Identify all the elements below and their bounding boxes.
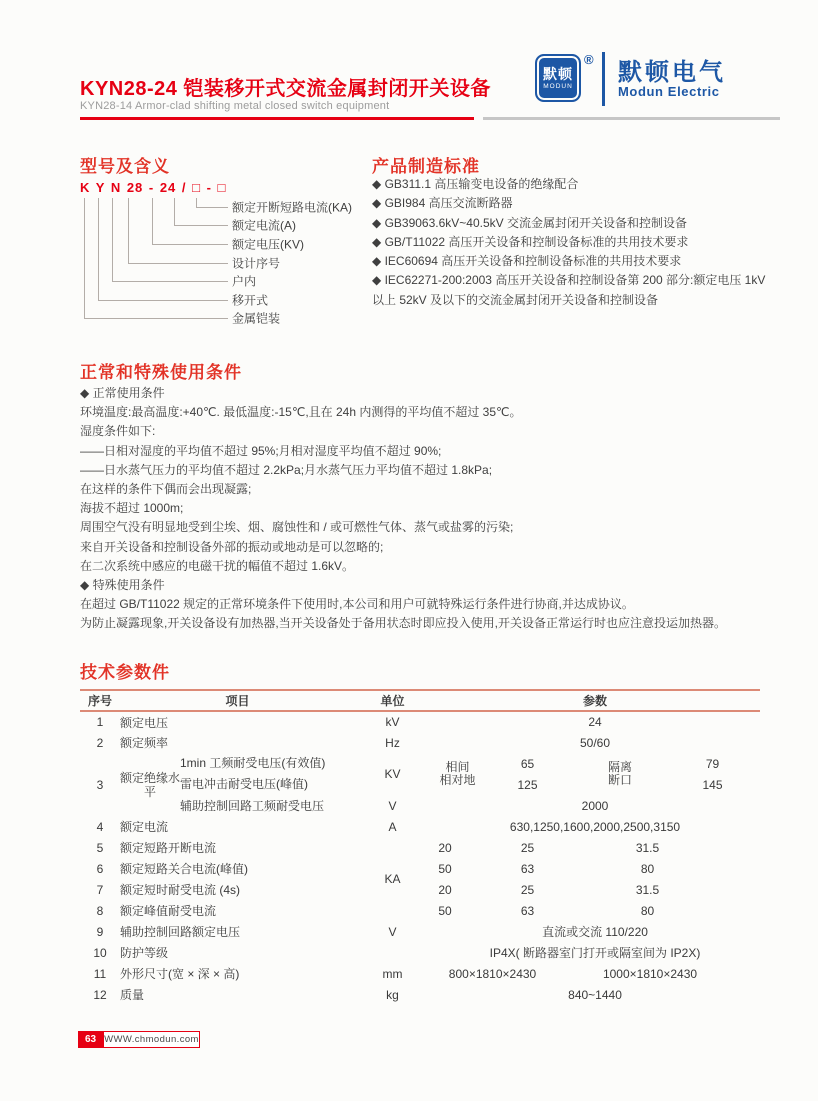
model-label: 移开式 bbox=[232, 292, 268, 309]
table-row: 1 额定电压 kV 24 bbox=[80, 711, 760, 732]
table-row: 3 额定绝缘水平 1min 工频耐受电压(有效值) 雷电冲击耐受电压(峰值) K… bbox=[80, 753, 760, 795]
row-item: 外形尺寸(宽 × 深 × 高) bbox=[120, 963, 355, 984]
row-item: 额定短路关合电流(峰值) bbox=[120, 858, 355, 879]
footer-website: WWW.chmodun.com bbox=[103, 1031, 200, 1048]
table-row: 2 额定频率 Hz 50/60 bbox=[80, 732, 760, 753]
table-row: 11 外形尺寸(宽 × 深 × 高) mm 800×1810×2430 1000… bbox=[80, 963, 760, 984]
row-param: 直流或交流 110/220 bbox=[430, 921, 760, 942]
brand-name-cn: 默顿电气 bbox=[618, 52, 726, 87]
logo-mark-en: MODUN bbox=[543, 82, 573, 91]
connector-line bbox=[112, 198, 113, 281]
conditions-line: ——日水蒸气压力的平均值不超过 2.2kPa;月水蒸气压力平均值不超过 1.8k… bbox=[80, 461, 748, 480]
row-no: 6 bbox=[80, 858, 120, 879]
row-param: 20 25 31.5 bbox=[430, 837, 760, 858]
model-section-heading: 型号及含义 bbox=[80, 152, 170, 177]
connector-line bbox=[174, 225, 228, 226]
standard-item: ◆ GB/T11022 高压开关设备和控制设备标准的共用技术要求 bbox=[372, 233, 774, 252]
table-row: 12 质量 kg 840~1440 bbox=[80, 984, 760, 1005]
row-param: 相间 相对地 65 125 隔离 断口 79 145 bbox=[430, 753, 760, 795]
row-param: 840~1440 bbox=[430, 984, 760, 1005]
footer-page-number: 63 bbox=[78, 1031, 103, 1048]
param-value: 20 bbox=[430, 841, 460, 855]
row-no: 4 bbox=[80, 816, 120, 837]
connector-line bbox=[98, 300, 228, 301]
conditions-line: 周围空气没有明显地受到尘埃、烟、腐蚀性和 / 或可燃性气体、蒸气或盐雾的污染; bbox=[80, 518, 748, 537]
connector-line bbox=[128, 198, 129, 263]
param-value: 20 bbox=[430, 883, 460, 897]
param-value: 31.5 bbox=[595, 841, 700, 855]
param-value: 79 bbox=[670, 753, 755, 774]
conditions-line: 海拔不超过 1000m; bbox=[80, 499, 748, 518]
standard-item: ◆ GB311.1 高压输变电设备的绝缘配合 bbox=[372, 175, 774, 194]
conditions-line: 在超过 GB/T11022 规定的正常环境条件下使用时,本公司和用户可就特殊运行… bbox=[80, 595, 748, 614]
row-item: 额定电流 bbox=[120, 816, 355, 837]
page-title: KYN28-24 铠装移开式交流金属封闭开关设备 bbox=[80, 72, 491, 101]
row-unit: kg bbox=[355, 984, 430, 1005]
row-param: 50 63 80 bbox=[430, 900, 760, 921]
model-label: 额定开断短路电流(KA) bbox=[232, 199, 352, 216]
row-unit: A bbox=[355, 816, 430, 837]
subitem: 雷电冲击耐受电压(峰值) bbox=[180, 774, 355, 795]
row-no: 10 bbox=[80, 942, 120, 963]
standards-section-heading: 产品制造标准 bbox=[372, 152, 480, 177]
model-formula: K Y N 28 - 24 / □ - □ bbox=[80, 180, 226, 195]
tech-section-heading: 技术参数件 bbox=[80, 658, 170, 683]
param-band-label: 相间 相对地 bbox=[430, 753, 485, 795]
conditions-line: ◆ 特殊使用条件 bbox=[80, 576, 748, 595]
logo-mark-cn: 默顿 bbox=[543, 66, 573, 82]
row-no: 2 bbox=[80, 732, 120, 753]
row-item: 额定绝缘水平 bbox=[120, 753, 180, 816]
param-value: 125 bbox=[485, 774, 570, 795]
param-value: 63 bbox=[460, 904, 595, 918]
connector-line bbox=[84, 198, 85, 318]
model-label: 金属铠装 bbox=[232, 310, 280, 327]
col-header-item: 项目 bbox=[120, 690, 355, 711]
table-row: 4 额定电流 A 630,1250,1600,2000,2500,3150 bbox=[80, 816, 760, 837]
row-param: IP4X( 断路器室门打开或隔室间为 IP2X) bbox=[430, 942, 760, 963]
param-value: 50 bbox=[430, 904, 460, 918]
col-header-unit: 单位 bbox=[355, 690, 430, 711]
connector-line bbox=[174, 198, 175, 225]
connector-line bbox=[98, 198, 99, 300]
param-value: 80 bbox=[595, 904, 700, 918]
row-unit: KV bbox=[355, 753, 430, 795]
row-param: 20 25 31.5 bbox=[430, 879, 760, 900]
param-value: 80 bbox=[595, 862, 700, 876]
page-footer: 63 WWW.chmodun.com bbox=[78, 1031, 200, 1048]
row-param: 50 63 80 bbox=[430, 858, 760, 879]
param-value: 31.5 bbox=[595, 883, 700, 897]
row-no: 9 bbox=[80, 921, 120, 942]
params-table: 序号 项目 单位 参数 1 额定电压 kV 24 2 额定频率 Hz 50/60… bbox=[80, 689, 760, 1005]
conditions-section-heading: 正常和特殊使用条件 bbox=[80, 358, 242, 383]
row-no: 11 bbox=[80, 963, 120, 984]
table-row: 辅助控制回路工频耐受电压 V 2000 bbox=[80, 795, 760, 816]
conditions-text: ◆ 正常使用条件 环境温度:最高温度:+40℃. 最低温度:-15℃,且在 24… bbox=[80, 384, 748, 634]
connector-line bbox=[128, 263, 228, 264]
document-page: KYN28-24 铠装移开式交流金属封闭开关设备 KYN28-14 Armor-… bbox=[0, 0, 818, 1101]
standard-item: ◆ GB39063.6kV~40.5kV 交流金属封闭开关设备和控制设备 bbox=[372, 214, 774, 233]
row-param: 2000 bbox=[430, 795, 760, 816]
connector-line bbox=[112, 281, 228, 282]
param-value: 25 bbox=[460, 841, 595, 855]
row-unit: kV bbox=[355, 711, 430, 732]
conditions-line: 在这样的条件下偶而会出现凝露; bbox=[80, 480, 748, 499]
conditions-line: 湿度条件如下: bbox=[80, 422, 748, 441]
logo-divider bbox=[602, 52, 605, 106]
row-item: 额定峰值耐受电流 bbox=[120, 900, 355, 921]
col-header-param: 参数 bbox=[430, 690, 760, 711]
param-band-label: 隔离 断口 bbox=[570, 753, 670, 795]
row-param: 50/60 bbox=[430, 732, 760, 753]
param-value: 50 bbox=[430, 862, 460, 876]
row-unit bbox=[355, 942, 430, 963]
row-item: 防护等级 bbox=[120, 942, 355, 963]
row-no: 8 bbox=[80, 900, 120, 921]
col-header-no: 序号 bbox=[80, 690, 120, 711]
param-value: 63 bbox=[460, 862, 595, 876]
model-label: 额定电压(KV) bbox=[232, 236, 304, 253]
row-no: 1 bbox=[80, 711, 120, 732]
row-unit: V bbox=[355, 921, 430, 942]
connector-line bbox=[152, 198, 153, 244]
conditions-line: 在二次系统中感应的电磁干扰的幅值不超过 1.6kV。 bbox=[80, 557, 748, 576]
standard-item: ◆ IEC60694 高压开关设备和控制设备标准的共用技术要求 bbox=[372, 252, 774, 271]
connector-line bbox=[152, 244, 228, 245]
row-param: 24 bbox=[430, 711, 760, 732]
row-unit: Hz bbox=[355, 732, 430, 753]
row-item: 质量 bbox=[120, 984, 355, 1005]
param-value: 65 bbox=[485, 753, 570, 774]
row-param: 630,1250,1600,2000,2500,3150 bbox=[430, 816, 760, 837]
logo-mark-icon: 默顿 MODUN bbox=[535, 54, 581, 102]
param-value: 1000×1810×2430 bbox=[555, 967, 745, 981]
table-row: 9 辅助控制回路额定电压 V 直流或交流 110/220 bbox=[80, 921, 760, 942]
row-no: 3 bbox=[80, 753, 120, 816]
row-item: 辅助控制回路工频耐受电压 bbox=[180, 795, 355, 816]
standard-item: ◆ GBI984 高压交流断路器 bbox=[372, 194, 774, 213]
param-value: 145 bbox=[670, 774, 755, 795]
conditions-line: ——日相对湿度的平均值不超过 95%;月相对湿度平均值不超过 90%; bbox=[80, 442, 748, 461]
row-item: 额定频率 bbox=[120, 732, 355, 753]
table-row: 5 额定短路开断电流 KA 20 25 31.5 bbox=[80, 837, 760, 858]
brand-name-en: Modun Electric bbox=[618, 84, 720, 99]
row-item: 额定电压 bbox=[120, 711, 355, 732]
title-underline bbox=[80, 117, 474, 120]
table-row: 10 防护等级 IP4X( 断路器室门打开或隔室间为 IP2X) bbox=[80, 942, 760, 963]
header-divider bbox=[483, 117, 780, 120]
registered-trademark-icon: ® bbox=[584, 52, 594, 67]
row-unit: mm bbox=[355, 963, 430, 984]
conditions-line: 为防止凝露现象,开关设备设有加热器,当开关设备处于备用状态时即应投入使用,开关设… bbox=[80, 614, 748, 633]
row-no: 5 bbox=[80, 837, 120, 858]
connector-line bbox=[196, 207, 228, 208]
model-label: 设计序号 bbox=[232, 255, 280, 272]
connector-line bbox=[196, 198, 197, 207]
param-value: 25 bbox=[460, 883, 595, 897]
row-unit: KA bbox=[355, 837, 430, 921]
row-no: 7 bbox=[80, 879, 120, 900]
conditions-line: ◆ 正常使用条件 bbox=[80, 384, 748, 403]
standard-item: ◆ IEC62271-200:2003 高压开关设备和控制设备第 200 部分:… bbox=[372, 271, 774, 310]
subitem: 1min 工频耐受电压(有效值) bbox=[180, 753, 355, 774]
row-no: 12 bbox=[80, 984, 120, 1005]
conditions-line: 来自开关设备和控制设备外部的振动或地动是可以忽略的; bbox=[80, 538, 748, 557]
param-value: 800×1810×2430 bbox=[430, 967, 555, 981]
row-subitems: 1min 工频耐受电压(有效值) 雷电冲击耐受电压(峰值) bbox=[180, 753, 355, 795]
connector-line bbox=[84, 318, 228, 319]
row-item: 辅助控制回路额定电压 bbox=[120, 921, 355, 942]
row-param: 800×1810×2430 1000×1810×2430 bbox=[430, 963, 760, 984]
conditions-line: 环境温度:最高温度:+40℃. 最低温度:-15℃,且在 24h 内测得的平均值… bbox=[80, 403, 748, 422]
row-item: 额定短时耐受电流 (4s) bbox=[120, 879, 355, 900]
model-label: 户内 bbox=[232, 273, 256, 290]
row-unit: V bbox=[355, 795, 430, 816]
model-label: 额定电流(A) bbox=[232, 217, 296, 234]
standards-list: ◆ GB311.1 高压输变电设备的绝缘配合 ◆ GBI984 高压交流断路器 … bbox=[372, 175, 774, 310]
page-subtitle: KYN28-14 Armor-clad shifting metal close… bbox=[80, 100, 389, 112]
row-item: 额定短路开断电流 bbox=[120, 837, 355, 858]
table-header-row: 序号 项目 单位 参数 bbox=[80, 690, 760, 711]
